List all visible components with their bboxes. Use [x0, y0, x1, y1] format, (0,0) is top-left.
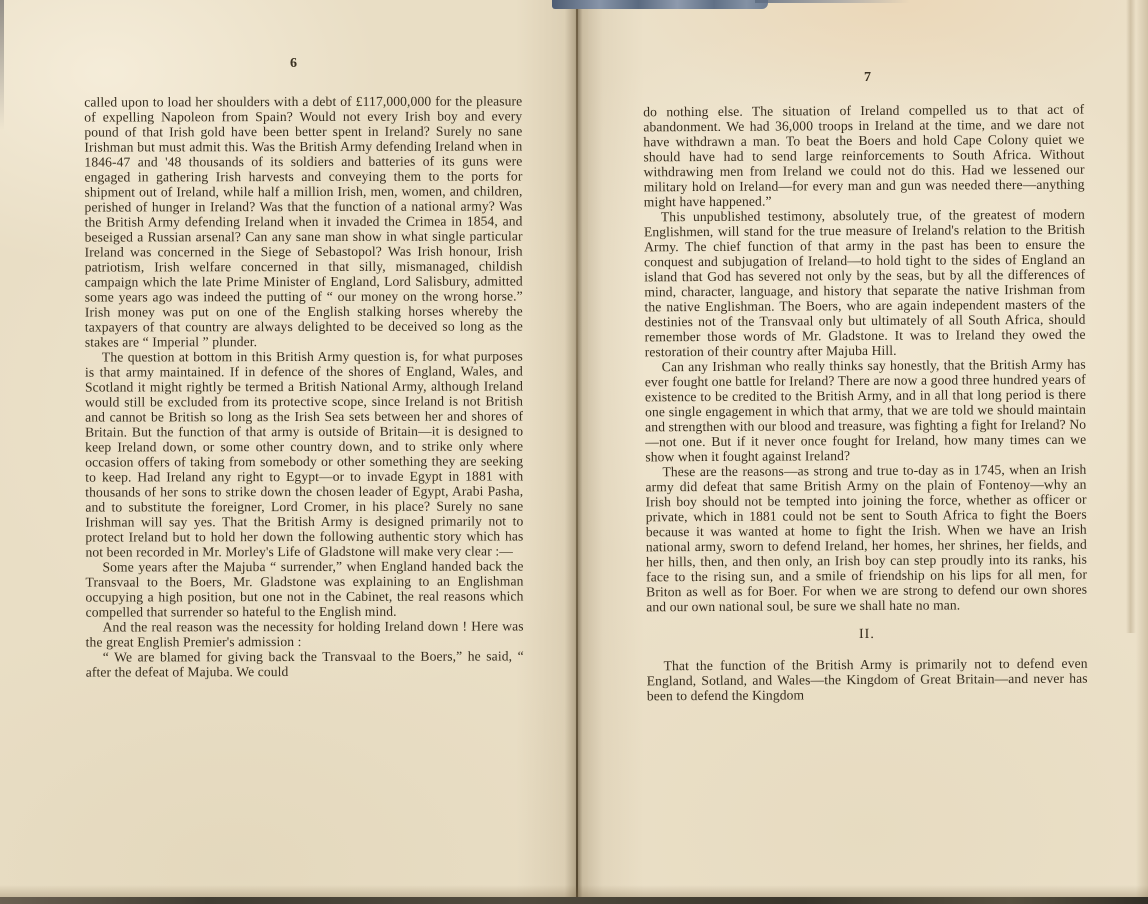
- paragraph: That the function of the British Army is…: [647, 656, 1088, 704]
- page-7: 7 do nothing else. The situation of Irel…: [588, 0, 1148, 904]
- paragraph: do nothing else. The situation of Irelan…: [643, 102, 1085, 210]
- page-number-7: 7: [588, 70, 1148, 86]
- page-6-text-block: called upon to load her shoulders with a…: [84, 93, 524, 679]
- paragraph: The question at bottom in this British A…: [85, 348, 524, 559]
- page-7-text-block: do nothing else. The situation of Irelan…: [643, 102, 1088, 704]
- paragraph: Can any Irishman who really thinks say h…: [645, 357, 1087, 465]
- paragraph: These are the reasons—as strong and true…: [645, 462, 1087, 615]
- page-6: 6 called upon to load her shoulders with…: [0, 0, 588, 904]
- paragraph: And the real reason was the necessity fo…: [86, 618, 524, 649]
- page-number-6: 6: [0, 56, 588, 72]
- paragraph: This unpublished testimony, absolutely t…: [644, 207, 1086, 360]
- paragraph: called upon to load her shoulders with a…: [84, 93, 523, 349]
- paragraph: Some years after the Majuba “ surrender,…: [85, 558, 523, 619]
- paragraph: “ We are blamed for giving back the Tran…: [86, 648, 524, 679]
- book-scan: 6 called upon to load her shoulders with…: [0, 0, 1148, 904]
- section-heading-ii: II.: [646, 626, 1087, 644]
